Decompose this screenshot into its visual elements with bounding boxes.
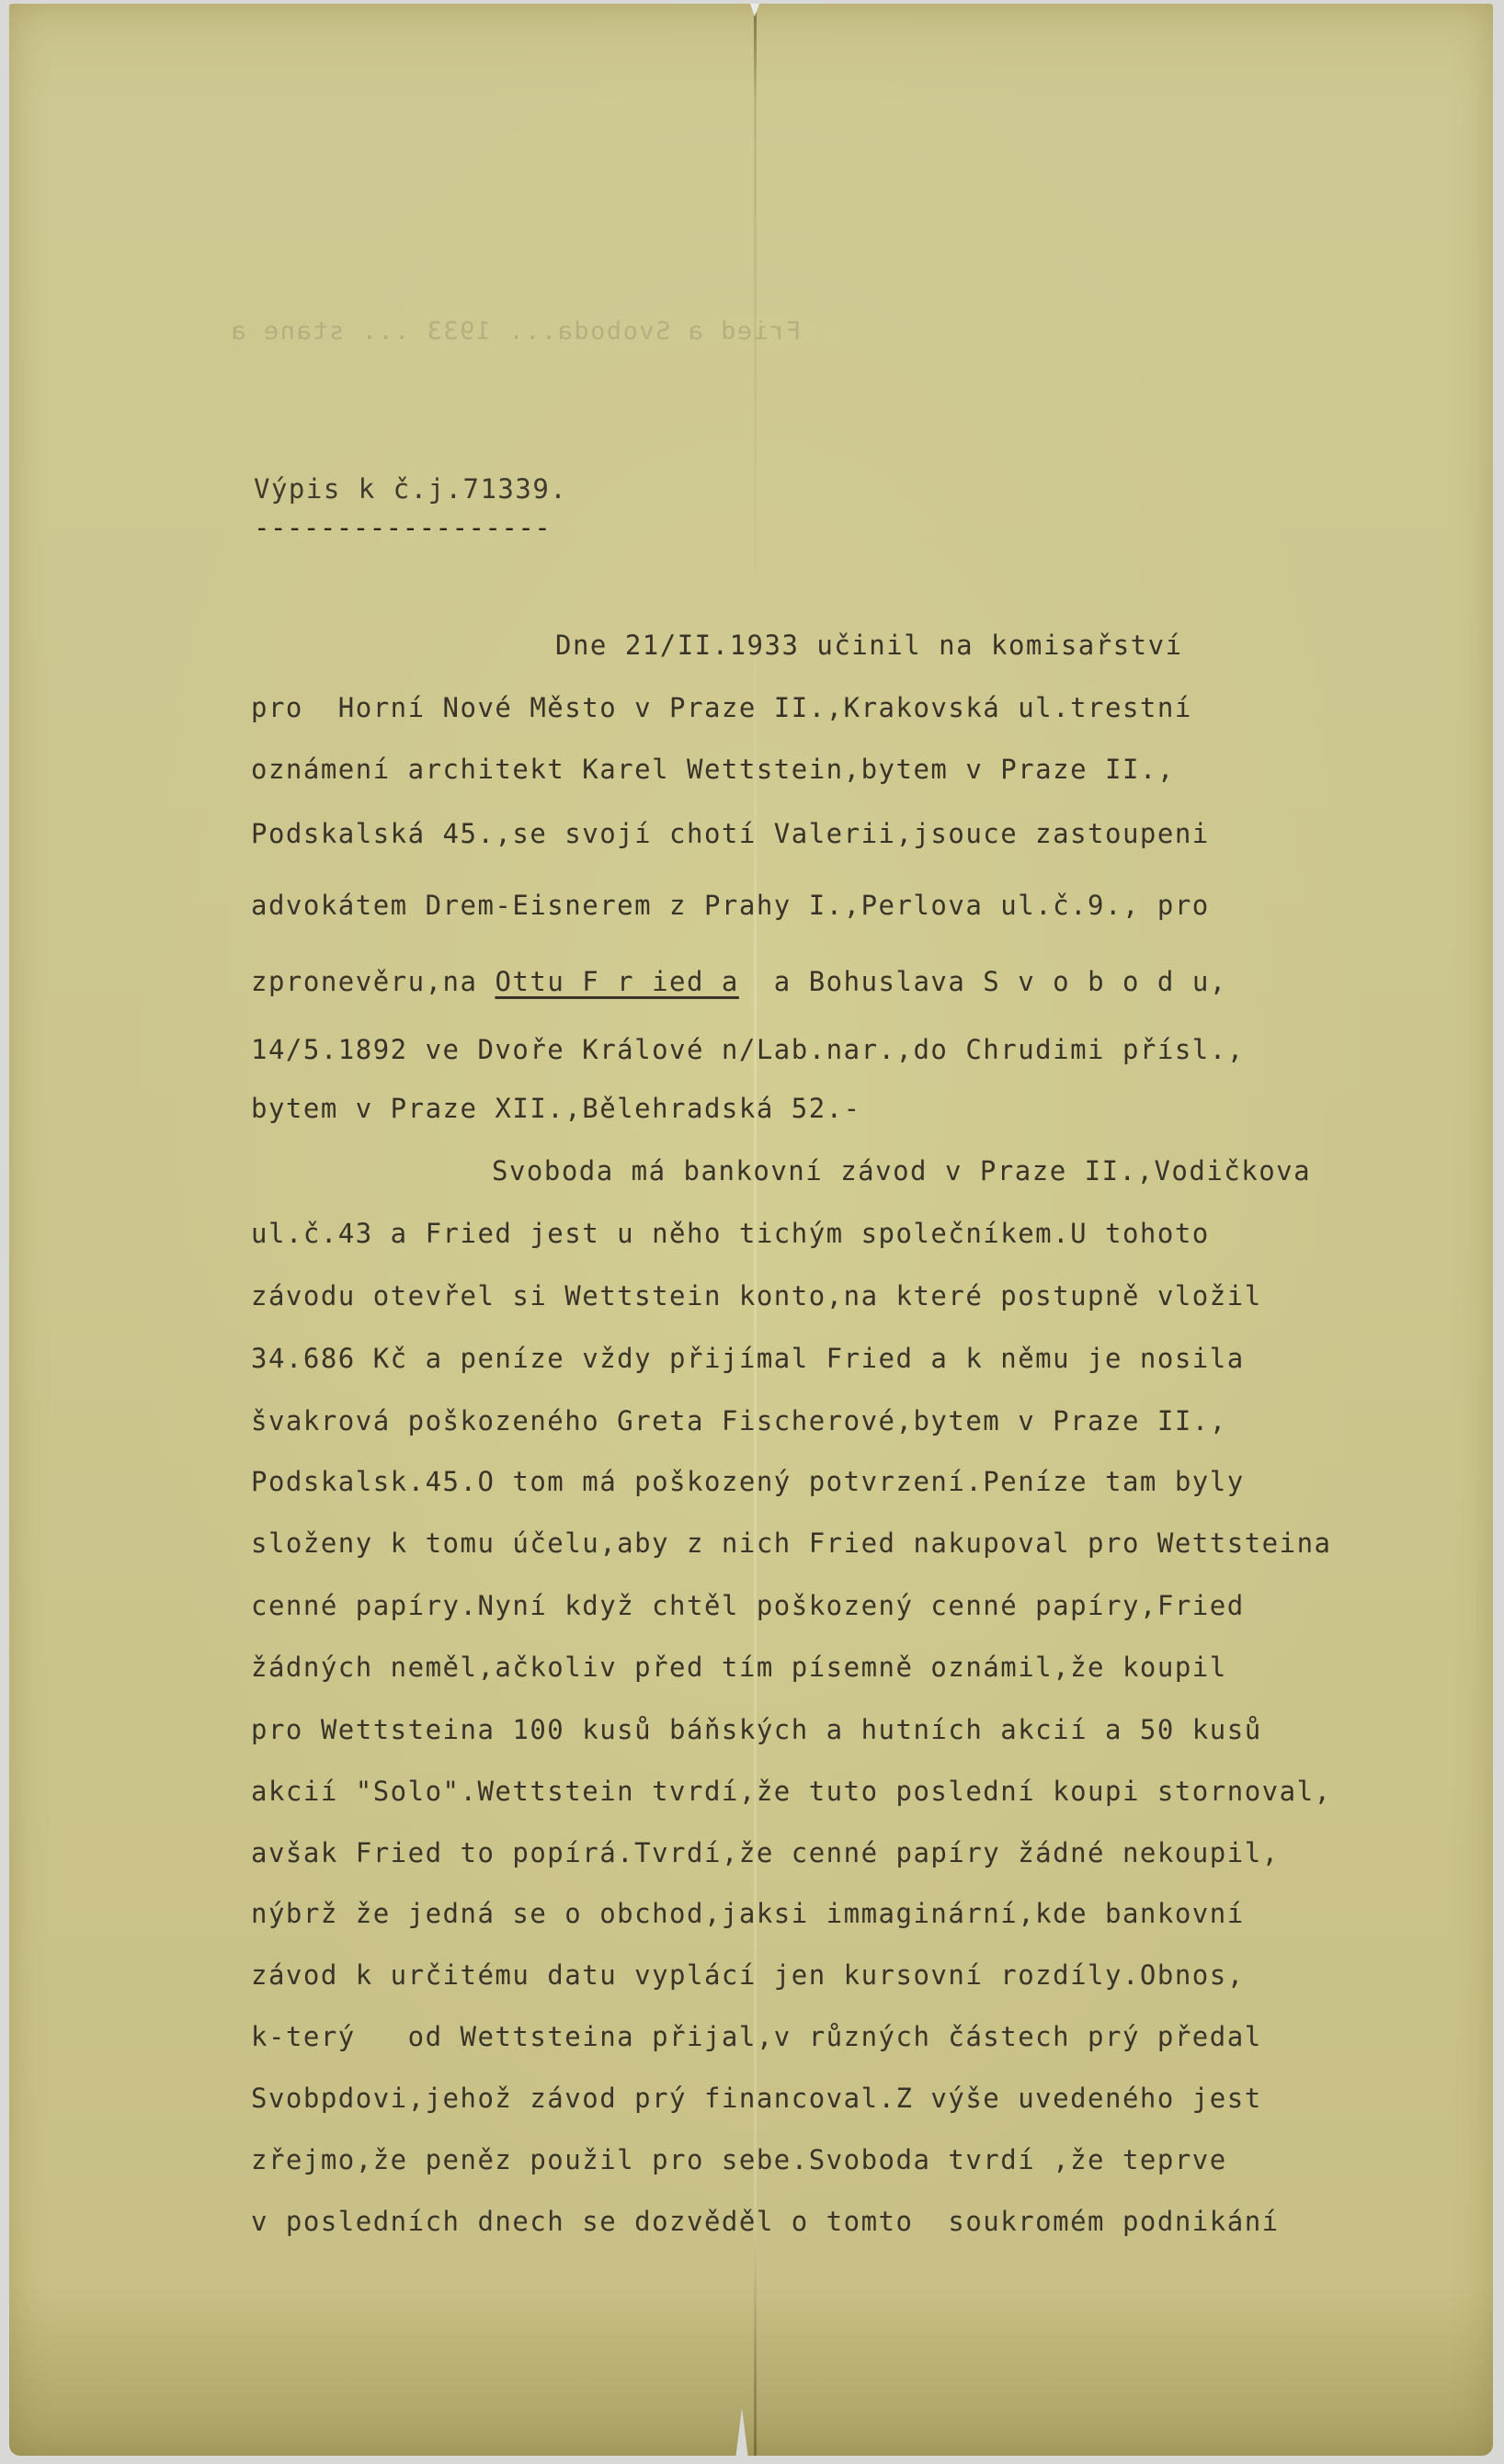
paragraph-1-line-8: bytem v Praze XII.,Bělehradská 52.- (251, 1096, 861, 1122)
paragraph-1-line-5: advokátem Drem-Eisnerem z Prahy I.,Perlo… (251, 892, 1210, 919)
paragraph-2-line-15: k-terý od Wettsteina přijal,v různých čá… (251, 2024, 1262, 2050)
paragraph-1-line-1: Dne 21/II.1933 učinil na komisařství (555, 632, 1183, 659)
paragraph-2-line-14: závod k určitému datu vyplácí jen kursov… (251, 1962, 1245, 1989)
paragraph-2-line-11: akcií "Solo".Wettstein tvrdí,že tuto pos… (251, 1778, 1332, 1805)
accused-name-underlined: Ottu F r ied a (495, 966, 738, 997)
paragraph-2-line-17: zřejmo,že peněz použil pro sebe.Svoboda … (251, 2147, 1227, 2174)
paragraph-2-line-18: v posledních dnech se dozvěděl o tomto s… (251, 2209, 1280, 2235)
paragraph-1-line-2: pro Horní Nové Město v Praze II.,Krakovs… (251, 695, 1192, 721)
paragraph-2-line-10: pro Wettsteina 100 kusů báňských a hutní… (251, 1717, 1262, 1743)
paragraph-2-line-8: cenné papíry.Nyní když chtěl poškozený c… (251, 1593, 1245, 1619)
bleed-through-text: Fried a Svoboda... 1933 ... stane a (230, 317, 801, 346)
paragraph-2-line-1: Svoboda má bankovní závod v Praze II.,Vo… (492, 1158, 1311, 1185)
paragraph-1-line-4: Podskalská 45.,se svojí chotí Valerii,js… (251, 821, 1210, 847)
paragraph-1-line-6: zpronevěru,na Ottu F r ied a a Bohuslava… (251, 969, 1227, 995)
paragraph-2-line-6: Podskalsk.45.O tom má poškozený potvrzen… (251, 1469, 1245, 1495)
paragraph-2-line-2: ul.č.43 a Fried jest u něho tichým spole… (251, 1221, 1210, 1247)
paragraph-2-line-16: Svobpdovi,jehož závod prý financoval.Z v… (251, 2085, 1262, 2112)
paragraph-1-line-3: oznámení architekt Karel Wettstein,bytem… (251, 756, 1175, 783)
line-6-rest: a Bohuslava S v o b o d u, (739, 966, 1227, 997)
paragraph-2-line-9: žádných neměl,ačkoliv před tím písemně o… (251, 1654, 1227, 1681)
paragraph-2-line-4: 34.686 Kč a peníze vždy přijímal Fried a… (251, 1346, 1245, 1372)
line-6-start: zpronevěru,na (251, 966, 495, 997)
paragraph-2-line-13: nýbrž že jedná se o obchod,jaksi immagin… (251, 1901, 1245, 1927)
paragraph-2-line-12: avšak Fried to popírá.Tvrdí,že cenné pap… (251, 1840, 1280, 1867)
document-title: Výpis k č.j.71339. (254, 476, 567, 503)
title-underline: ------------------ (254, 515, 551, 541)
paragraph-2-line-7: složeny k tomu účelu,aby z nich Fried na… (251, 1530, 1332, 1557)
paragraph-2-line-5: švakrová poškozeného Greta Fischerové,by… (251, 1408, 1227, 1435)
paragraph-1-line-7: 14/5.1892 ve Dvoře Králové n/Lab.nar.,do… (251, 1037, 1245, 1063)
paragraph-2-line-3: závodu otevřel si Wettstein konto,na kte… (251, 1283, 1262, 1310)
